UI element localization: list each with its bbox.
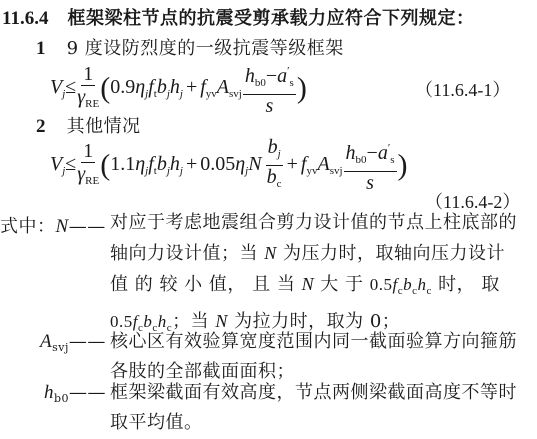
item-label: 其他情况 [67, 116, 141, 137]
definition-N: 对应于考虑地震组合剪力设计值的节点上柱底部的 轴向力设计值；当 N 为压力时，取… [110, 208, 517, 343]
equation-number-1: （11.6.4-1） [415, 76, 510, 102]
formula-11-6-4-2: Vj≤1γRE(1.1ηjftbjhj+0.05ηjNbjbc+fyvAsvjh… [50, 136, 408, 195]
section-heading: 11.6.4 框架梁柱节点的抗震受剪承载力应符合下列规定： [2, 4, 475, 30]
item-2-heading: 2 其他情况 [36, 112, 141, 138]
item-number: 2 [36, 116, 46, 137]
definition-intro: 式中：N—— [0, 212, 106, 238]
symbol-N: N [56, 216, 69, 237]
item-label: 9 度设防烈度的一级抗震等级框架 [67, 38, 344, 59]
section-number: 11.6.4 [2, 8, 48, 29]
definition-hb0: 框架梁截面有效高度，节点两侧梁截面高度不等时 取平均值。 [110, 378, 517, 438]
section-title: 框架梁柱节点的抗震受剪承载力应符合下列规定： [68, 8, 475, 29]
symbol-label-Asvj: Asvj—— [40, 331, 106, 354]
symbol-label-hb0: hb0—— [44, 382, 106, 405]
item-1-heading: 1 9 度设防烈度的一级抗震等级框架 [36, 34, 344, 60]
formula-11-6-4-1: Vj≤1γRE(0.9ηjftbjhj+fyvAsvjhb0−a′ss) [50, 60, 307, 117]
item-number: 1 [36, 38, 46, 59]
